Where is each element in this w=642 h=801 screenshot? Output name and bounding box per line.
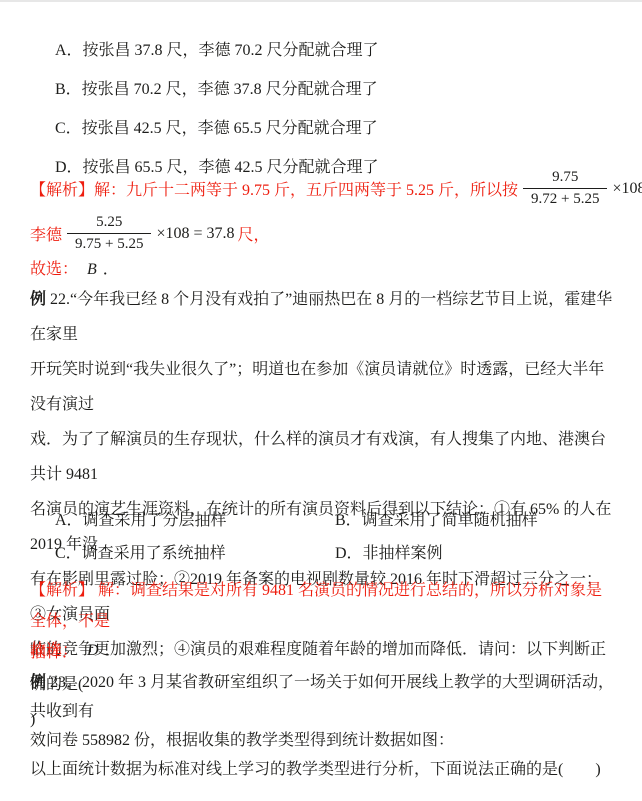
q23-stem-line: 效问卷 558982 份，根据收集的教学类型得到统计数据如图： bbox=[30, 726, 616, 755]
q21-analysis-line2: 李德 5.25 9.75 + 5.25 ×108 = 37.8 尺， bbox=[30, 211, 620, 256]
q21-answer-letter: B bbox=[87, 261, 97, 278]
q23-stem-line: 以上面统计数据为标准对线上学习的教学类型进行分析，下面说法正确的是( ) bbox=[30, 755, 616, 784]
q21-option: B．按张昌 70.2 尺，李德 37.8 尺分配就合理了 bbox=[55, 70, 379, 109]
q21-answer: 故选：B． bbox=[30, 256, 119, 279]
q22-option: C．调查采用了系统抽样 bbox=[55, 544, 335, 563]
q21-analysis-unit2: 尺， bbox=[238, 222, 270, 245]
q21-analysis-lead1: 【解析】解：九斤十二两等于 9.75 斤，五斤四两等于 5.25 斤，所以按 bbox=[30, 177, 518, 200]
q22-stem-line: 戏．为了了解演员的生存现状，什么样的演员才有戏演，有人搜集了内地、港澳台共计 9… bbox=[30, 422, 616, 492]
q22-answer-prefix: 故选： bbox=[30, 642, 78, 659]
fraction-1-denominator: 9.72 + 5.25 bbox=[523, 189, 607, 209]
fraction-1: 9.75 9.72 + 5.25 bbox=[523, 168, 607, 209]
q21-analysis-line1: 【解析】解：九斤十二两等于 9.75 斤，五斤四两等于 5.25 斤，所以按 9… bbox=[30, 166, 620, 211]
document-page: A．按张昌 37.8 尺，李德 70.2 尺分配就合理了B．按张昌 70.2 尺… bbox=[0, 0, 642, 801]
q22-number: 22. bbox=[46, 291, 70, 308]
q22-answer-period: ． bbox=[105, 642, 121, 659]
q21-option: C．按张昌 42.5 尺，李德 65.5 尺分配就合理了 bbox=[55, 109, 379, 148]
q23-stem-rest: 效问卷 558982 份，根据收集的教学类型得到统计数据如图：以上面统计数据为标… bbox=[30, 726, 616, 784]
q22-options: A．调查采用了分层抽样B．调查采用了简单随机抽样C．调查采用了系统抽样D．非抽样… bbox=[55, 511, 617, 563]
q22-option: D．非抽样案例 bbox=[335, 544, 617, 563]
q21-analysis-calc2: ×108 = 37.8 bbox=[156, 225, 234, 243]
q22-stem-line1: 例 22.“今年我已经 8 个月没有戏拍了”迪丽热巴在 8 月的一档综艺节目上说… bbox=[30, 282, 616, 352]
q22-stem-text1: “今年我已经 8 个月没有戏拍了”迪丽热巴在 8 月的一档综艺节目上说，霍建华在… bbox=[30, 291, 612, 343]
q23-label: 例 bbox=[30, 674, 46, 691]
fraction-2-numerator: 5.25 bbox=[67, 213, 151, 234]
q22-option: A．调查采用了分层抽样 bbox=[55, 511, 335, 530]
q22-answer-letter: D bbox=[87, 642, 99, 659]
q21-answer-prefix: 故选： bbox=[30, 261, 78, 278]
q23-stem-text1: 2020 年 3 月某省教研室组织了一场关于如何开展线上教学的大型调研活动，共收… bbox=[30, 674, 614, 720]
fraction-2-denominator: 9.75 + 5.25 bbox=[67, 234, 151, 254]
q22-option: B．调查采用了简单随机抽样 bbox=[335, 511, 617, 530]
fraction-1-numerator: 9.75 bbox=[523, 168, 607, 189]
page-top-edge bbox=[0, 0, 642, 2]
q21-answer-period: ． bbox=[103, 261, 119, 278]
q21-analysis-calc1: ×108 = 70.2 bbox=[612, 180, 642, 198]
q22-stem-line: 开玩笑时说到“我失业很久了”；明道也在参加《演员请就位》时透露，已经大半年没有演… bbox=[30, 352, 616, 422]
q23-stem: 例 23．2020 年 3 月某省教研室组织了一场关于如何开展线上教学的大型调研… bbox=[30, 668, 616, 784]
q21-options: A．按张昌 37.8 尺，李德 70.2 尺分配就合理了B．按张昌 70.2 尺… bbox=[55, 31, 379, 187]
q21-option: A．按张昌 37.8 尺，李德 70.2 尺分配就合理了 bbox=[55, 31, 379, 70]
q22-answer: 故选：D． bbox=[30, 637, 121, 660]
q23-stem-line1: 例 23．2020 年 3 月某省教研室组织了一场关于如何开展线上教学的大型调研… bbox=[30, 668, 616, 726]
fraction-2: 5.25 9.75 + 5.25 bbox=[67, 213, 151, 254]
q22-label: 例 bbox=[30, 291, 46, 308]
q21-analysis: 【解析】解：九斤十二两等于 9.75 斤，五斤四两等于 5.25 斤，所以按 9… bbox=[30, 166, 620, 256]
q22-analysis-line: 【解析】 解：调查结果是对所有 9481 名演员的情况进行总结的，所以分析对象是… bbox=[30, 575, 616, 637]
q23-number: 23． bbox=[46, 674, 82, 691]
q21-analysis-lead2: 李德 bbox=[30, 222, 62, 245]
